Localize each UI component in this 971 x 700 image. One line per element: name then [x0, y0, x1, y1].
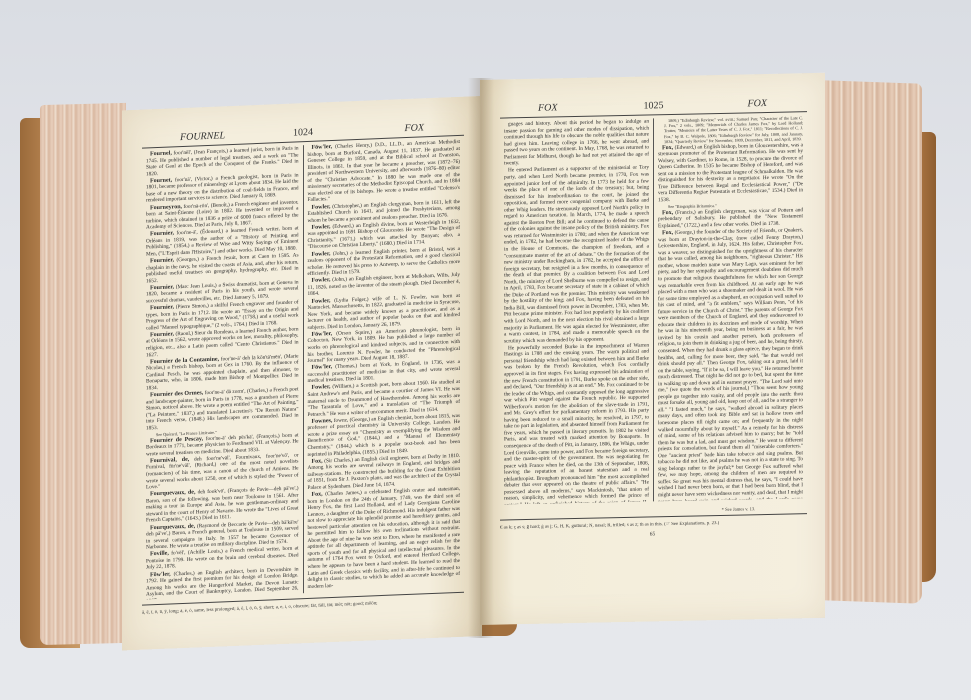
- note-text: 1809,) "Edinburgh Review," vol. xviii.; …: [664, 115, 803, 144]
- entry-headword: Fox,: [312, 491, 323, 497]
- dictionary-entry: Fox, (Sir Charles,) an English civil eng…: [308, 453, 461, 492]
- entry-text: (Lydia Folger,) wife of L. N. Fowler, wa…: [308, 292, 461, 330]
- right-page: FOX 1025 FOX guages and history. About t…: [480, 73, 825, 625]
- pronunciation-key: ā, ē, ī, ō, ū, ȳ, long; à, è, ò, same, l…: [142, 598, 464, 616]
- dictionary-entry: Fox, (Francis,) an English clergyman, wa…: [658, 207, 803, 230]
- dictionary-entry: Fōw'ler, (Charles Henry,) D.D., LL.D., a…: [308, 139, 461, 204]
- dictionary-entry: Fournier des Ormes, foor'ne-ā' dā zorm',…: [146, 386, 299, 431]
- entry-text: (Sir Charles,) an English civil engineer…: [308, 453, 461, 491]
- dictionary-entry: Fowler, (William,) a Scottish poet, born…: [308, 379, 461, 418]
- entry-headword: Fox,: [662, 230, 673, 236]
- dictionary-entry: He entered Parliament as a supporter of …: [504, 165, 649, 345]
- entry-text: (George,) the founder of the Society of …: [658, 227, 803, 501]
- running-head-last-word: FOX: [405, 122, 424, 134]
- page-edges-right: [822, 80, 922, 603]
- entry-headword: Fox,: [312, 458, 323, 464]
- entry-text: guages and history. About this period he…: [504, 118, 649, 166]
- footnote-area: * See James v. 13.: [670, 502, 807, 513]
- entry-text: (William,) a Scottish poet, born about 1…: [308, 379, 461, 417]
- entry-text: (Charles James,) a celebrated English or…: [308, 486, 461, 590]
- entry-text: (Francis,) an English clergyman, was vic…: [658, 207, 803, 229]
- entry-headword: Fox,: [662, 145, 673, 151]
- page-edges-left: [40, 103, 126, 645]
- column-right: Fōw'ler, (Charles Henry,) D.D., LL.D., a…: [303, 139, 465, 593]
- dictionary-entry: Fōw'ler, (Charles,) an English architect…: [146, 566, 299, 600]
- text-columns: Fournel, foor'nēl', (Jean François,) a l…: [142, 139, 464, 600]
- column-right: 1809,) "Edinburgh Review," vol. xviii.; …: [653, 115, 807, 501]
- dictionary-entry: Fourquevaux, de, deh fook'vō', (François…: [146, 486, 299, 525]
- dictionary-entry: He powerfully seconded Burke in the impe…: [504, 342, 649, 504]
- dictionary-entry: guages and history. About this period he…: [504, 118, 649, 167]
- dictionary-entry: Fownes, fownz, (George,) an English chem…: [308, 413, 461, 458]
- dictionary-entry: Fowler, (Lydia Folger,) wife of L. N. Fo…: [308, 292, 461, 331]
- text-columns: guages and history. About this period he…: [500, 115, 807, 504]
- entry-text: He powerfully seconded Burke in the impe…: [504, 342, 649, 504]
- dictionary-entry: Fox, (Charles James,) a celebrated Engli…: [308, 486, 461, 590]
- entry-text: He entered Parliament as a supporter of …: [504, 165, 649, 344]
- running-head-last-word: FOX: [748, 98, 767, 109]
- open-book-photo: FOURNEL 1024 FOX Fournel, foor'nēl', (Je…: [0, 0, 971, 700]
- dictionary-entry: Fox, (Edward,) an English bishop, born i…: [658, 142, 803, 204]
- column-left: guages and history. About this period he…: [500, 118, 653, 504]
- column-left: Fournel, foor'nēl', (Jean François,) a l…: [142, 145, 303, 599]
- dictionary-entry: Fournier de la Contamine, foor'ne-ā' deh…: [146, 353, 299, 392]
- footnote: * See James v. 13.: [670, 505, 807, 513]
- gutter-shadow: [468, 78, 494, 638]
- dictionary-entry: Fox, (George,) the founder of the Societ…: [658, 227, 803, 501]
- left-page: FOURNEL 1024 FOX Fournel, foor'nēl', (Je…: [122, 96, 482, 650]
- reference-note: 1809,) "Edinburgh Review," vol. xviii.; …: [664, 115, 803, 144]
- entry-text: (Edward,) an English bishop, born in Glo…: [658, 142, 803, 203]
